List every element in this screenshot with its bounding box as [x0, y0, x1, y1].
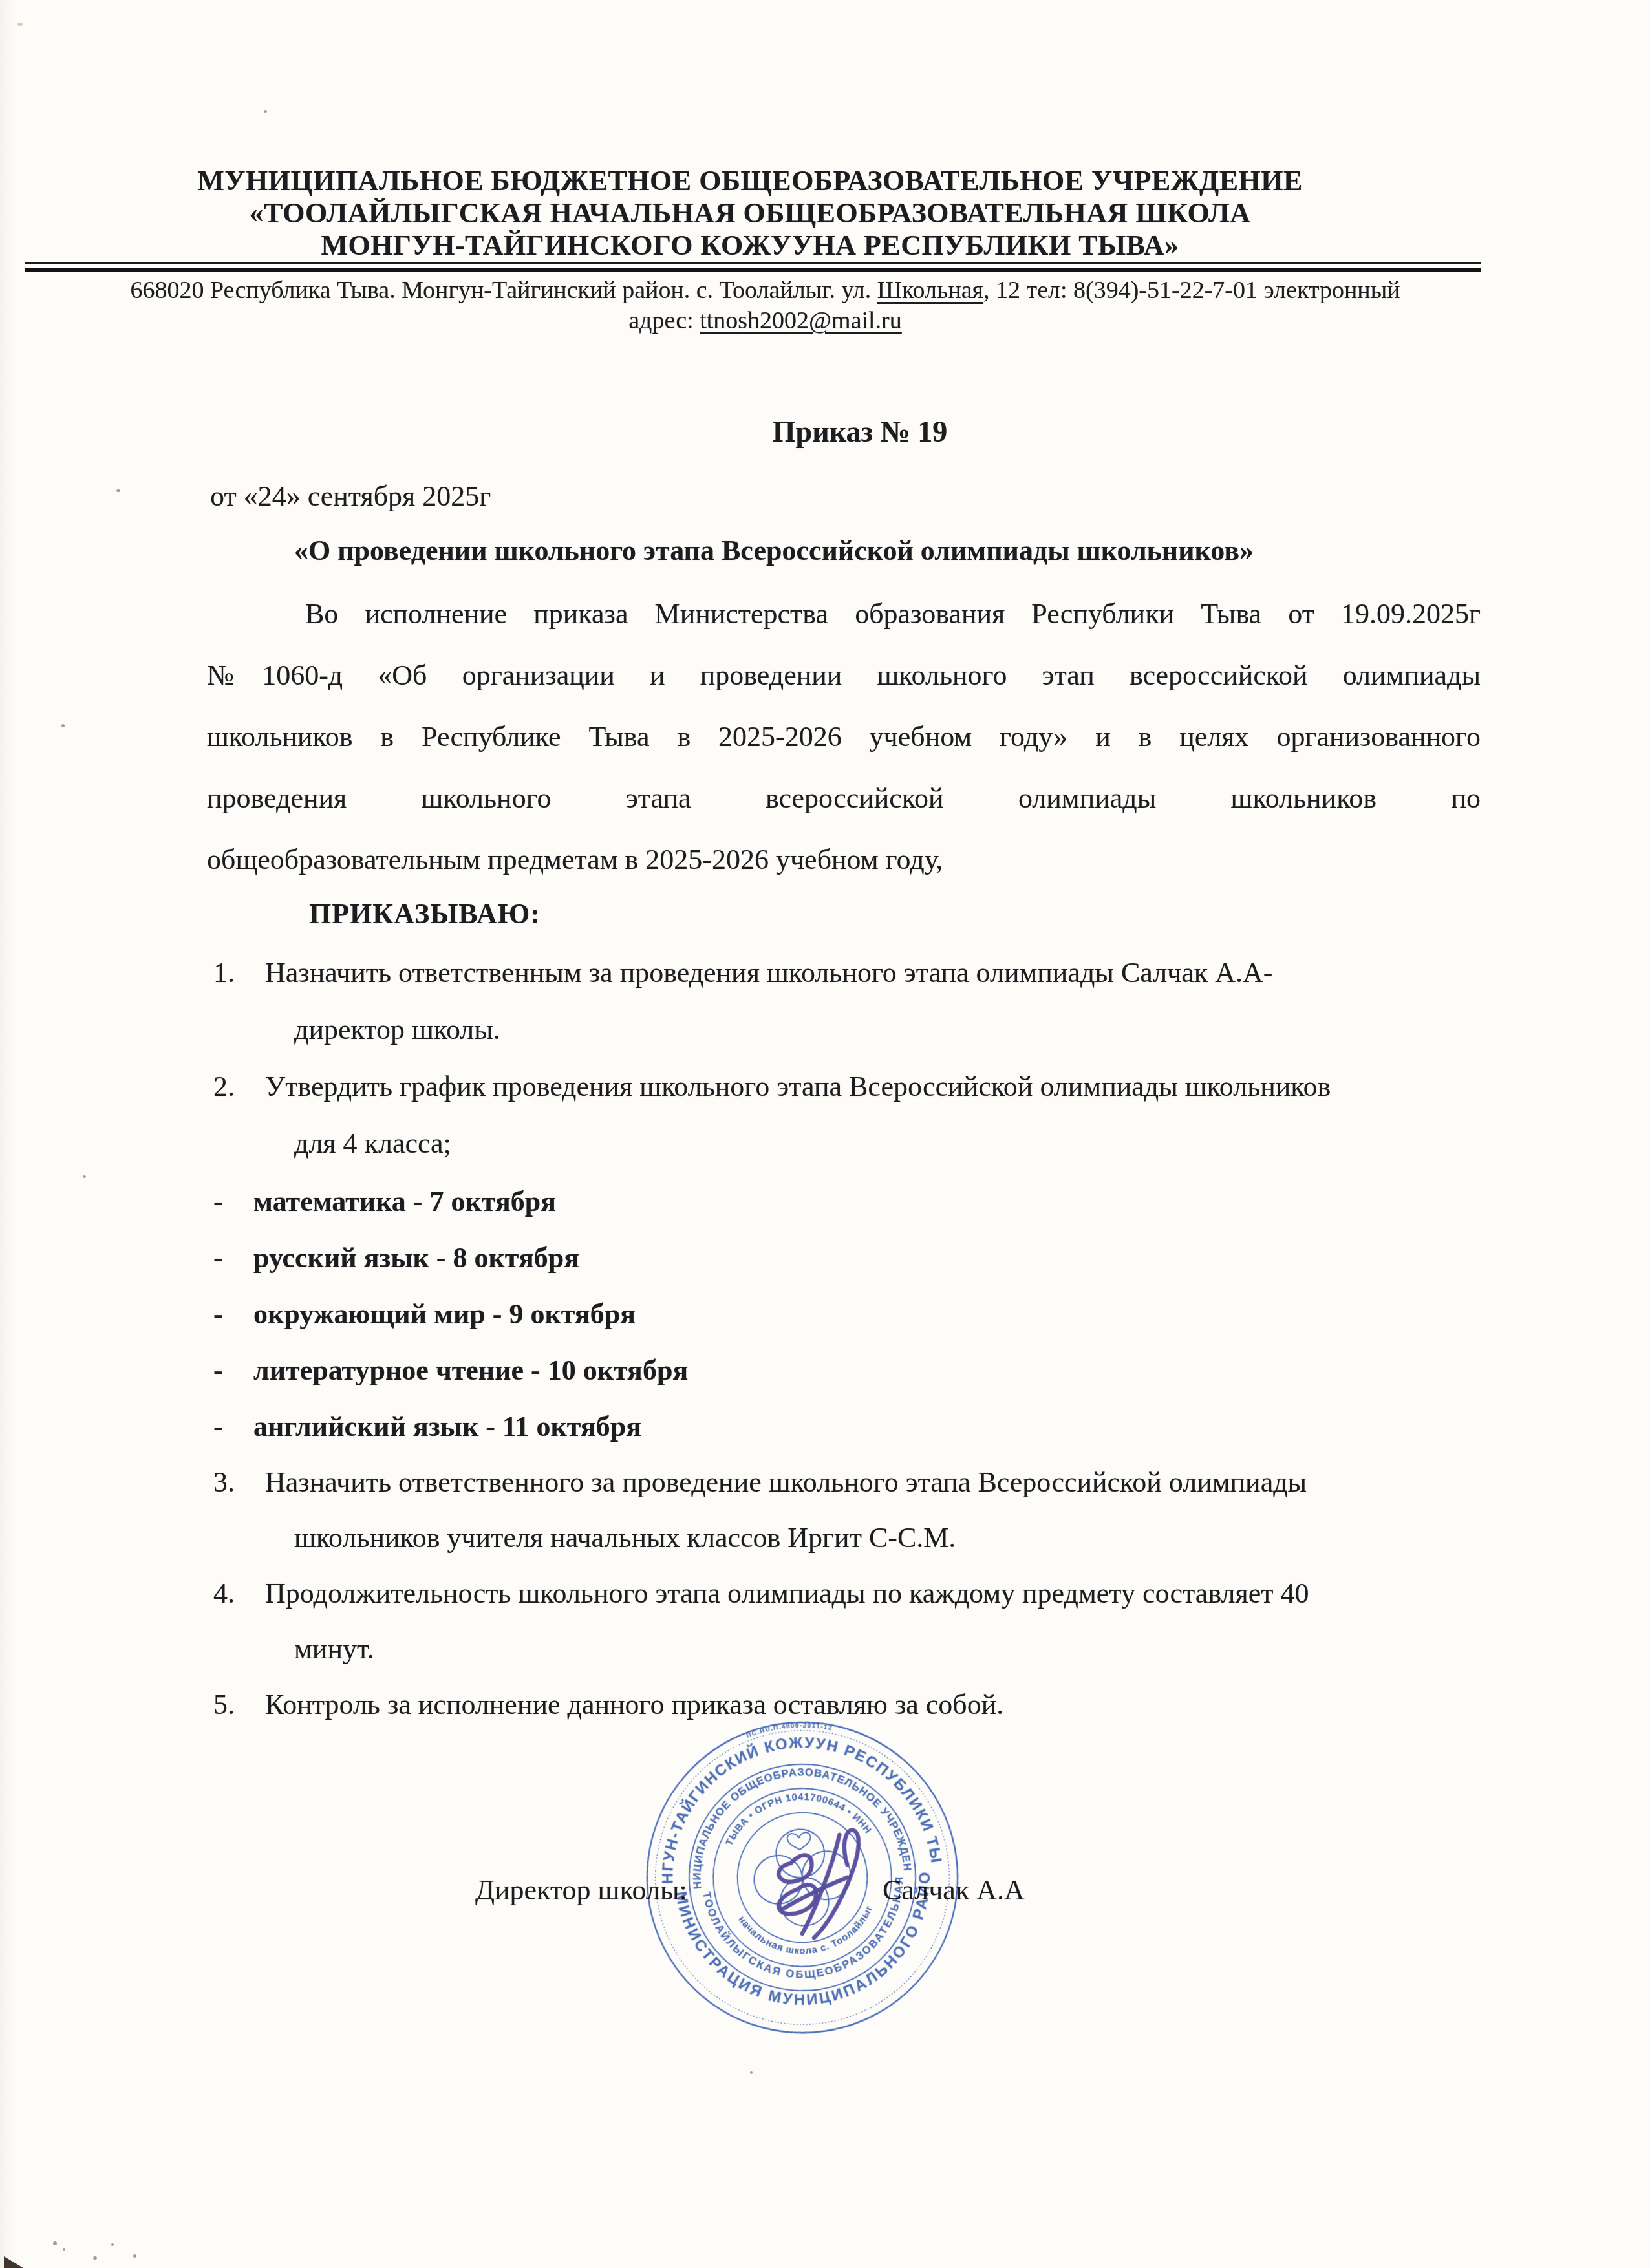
preamble-line-1: Во исполнение приказа Министерства образ…	[207, 583, 1481, 645]
item-number: 5.	[213, 1677, 235, 1733]
order-items-1-2: 1.Назначить ответственным за проведения …	[213, 945, 1481, 1172]
preamble-line-5: общеобразовательным предметам в 2025-202…	[207, 829, 1481, 890]
org-header: МУНИЦИПАЛЬНОЕ БЮДЖЕТНОЕ ОБЩЕОБРАЗОВАТЕЛЬ…	[26, 165, 1474, 262]
schedule-row-5: -английский язык - 11 октября	[213, 1398, 1481, 1455]
item-text-continuation: школьников учителя начальных классов Ирг…	[294, 1510, 1481, 1566]
schedule-row-1: -математика - 7 октября	[213, 1173, 1481, 1230]
schedule-row-2: -русский язык - 8 октября	[213, 1230, 1481, 1286]
dash-marker: -	[213, 1342, 223, 1398]
org-header-line-2: «ТООЛАЙЛЫГСКАЯ НАЧАЛЬНАЯ ОБЩЕОБРАЗОВАТЕЛ…	[26, 197, 1474, 230]
school-stamp: ПС.RU.П.4809-2011-12 МОНГУН-ТАЙГИНСКИЙ К…	[630, 1705, 974, 2049]
org-header-line-1: МУНИЦИПАЛЬНОЕ БЮДЖЕТНОЕ ОБЩЕОБРАЗОВАТЕЛЬ…	[26, 165, 1474, 197]
email-label: адрес:	[628, 307, 700, 334]
schedule-row-4: -литературное чтение - 10 октября	[213, 1342, 1481, 1398]
item-text: Назначить ответственным за проведения шк…	[265, 957, 1272, 989]
dash-marker: -	[213, 1398, 223, 1455]
email-address: ttnosh2002@mail.ru	[700, 307, 902, 334]
stamp-heart-icon	[787, 1832, 811, 1851]
order-item-3: 3.Назначить ответственного за проведение…	[213, 1455, 1481, 1566]
item-number: 4.	[213, 1566, 235, 1621]
stamp-svg: ПС.RU.П.4809-2011-12 МОНГУН-ТАЙГИНСКИЙ К…	[630, 1705, 974, 2049]
order-item-4: 4.Продолжительность школьного этапа олим…	[213, 1566, 1481, 1677]
order-item-2: 2.Утвердить график проведения школьного …	[213, 1058, 1481, 1172]
item-number: 3.	[213, 1455, 235, 1510]
org-header-line-3: МОНГУН-ТАЙГИНСКОГО КОЖУУНА РЕСПУБЛИКИ ТЫ…	[26, 230, 1474, 262]
schedule-text: английский язык - 11 октября	[253, 1411, 641, 1442]
order-date: от «24» сентября 2025г	[210, 480, 1650, 513]
preamble-line-4: проведения школьного этапа всероссийской…	[207, 767, 1481, 829]
preamble-line-3: школьников в Республике Тыва в 2025-2026…	[207, 706, 1481, 767]
olympiad-schedule: -математика - 7 октября -русский язык - …	[213, 1173, 1481, 1455]
item-text-continuation: минут.	[294, 1621, 1481, 1677]
dash-marker: -	[213, 1230, 223, 1286]
order-number-title: Приказ № 19	[207, 414, 1513, 450]
scanned-order-page: МУНИЦИПАЛЬНОЕ БЮДЖЕТНОЕ ОБЩЕОБРАЗОВАТЕЛЬ…	[0, 0, 1650, 2268]
address-text-tail: , 12 тел: 8(394)-51-22-7-01 электронный	[983, 277, 1400, 304]
scan-artifact	[93, 2256, 97, 2260]
scan-corner-mark	[4, 2256, 23, 2268]
contact-email-line: адрес: ttnosh2002@mail.ru	[29, 306, 1501, 336]
item-text-continuation: для 4 класса;	[294, 1115, 1481, 1172]
scan-artifact	[53, 2241, 57, 2245]
item-number: 1.	[213, 945, 235, 1001]
scan-artifact	[61, 724, 65, 727]
order-item-1: 1.Назначить ответственным за проведения …	[213, 945, 1481, 1058]
scan-artifact	[116, 489, 120, 492]
street-name: Школьная	[877, 277, 983, 304]
schedule-text: математика - 7 октября	[253, 1186, 556, 1217]
preamble-line-2: №1060-д «Об организации и проведении шко…	[207, 645, 1481, 706]
order-subject: «О проведении школьного этапа Всероссийс…	[294, 534, 1513, 568]
scan-artifact	[17, 23, 23, 26]
contact-address-line: 668020 Республика Тыва. Монгун-Тайгински…	[29, 275, 1501, 306]
order-preamble: Во исполнение приказа Министерства образ…	[207, 583, 1481, 890]
scan-artifact	[133, 2254, 136, 2258]
dash-marker: -	[213, 1286, 223, 1342]
address-text: 668020 Республика Тыва. Монгун-Тайгински…	[130, 277, 877, 304]
order-items-3-5: 3.Назначить ответственного за проведение…	[213, 1455, 1481, 1733]
item-text: Назначить ответственного за проведение ш…	[265, 1466, 1307, 1498]
item-text: Утвердить график проведения школьного эт…	[265, 1071, 1331, 1102]
scan-artifact	[264, 110, 267, 113]
schedule-text: литературное чтение - 10 октября	[253, 1354, 688, 1386]
item-text: Продолжительность школьного этапа олимпи…	[265, 1578, 1309, 1609]
dash-marker: -	[213, 1173, 223, 1230]
scan-artifact	[63, 2248, 65, 2251]
item-number: 2.	[213, 1058, 235, 1115]
scan-artifact	[83, 1175, 86, 1178]
scan-artifact	[111, 2243, 114, 2246]
schedule-text: окружающий мир - 9 октября	[253, 1298, 636, 1330]
schedule-row-3: -окружающий мир - 9 октября	[213, 1286, 1481, 1342]
resolution-heading: ПРИКАЗЫВАЮ:	[309, 897, 1650, 932]
item-text-continuation: директор школы.	[294, 1001, 1481, 1058]
stamp-ring-text: ПС.RU.П.4809-2011-12 МОНГУН-ТАЙГИНСКИЙ К…	[630, 1705, 956, 2022]
contact-block: 668020 Республика Тыва. Монгун-Тайгински…	[29, 275, 1501, 336]
header-divider	[25, 262, 1481, 272]
schedule-text: русский язык - 8 октября	[253, 1242, 579, 1274]
scan-artifact	[750, 2071, 753, 2074]
